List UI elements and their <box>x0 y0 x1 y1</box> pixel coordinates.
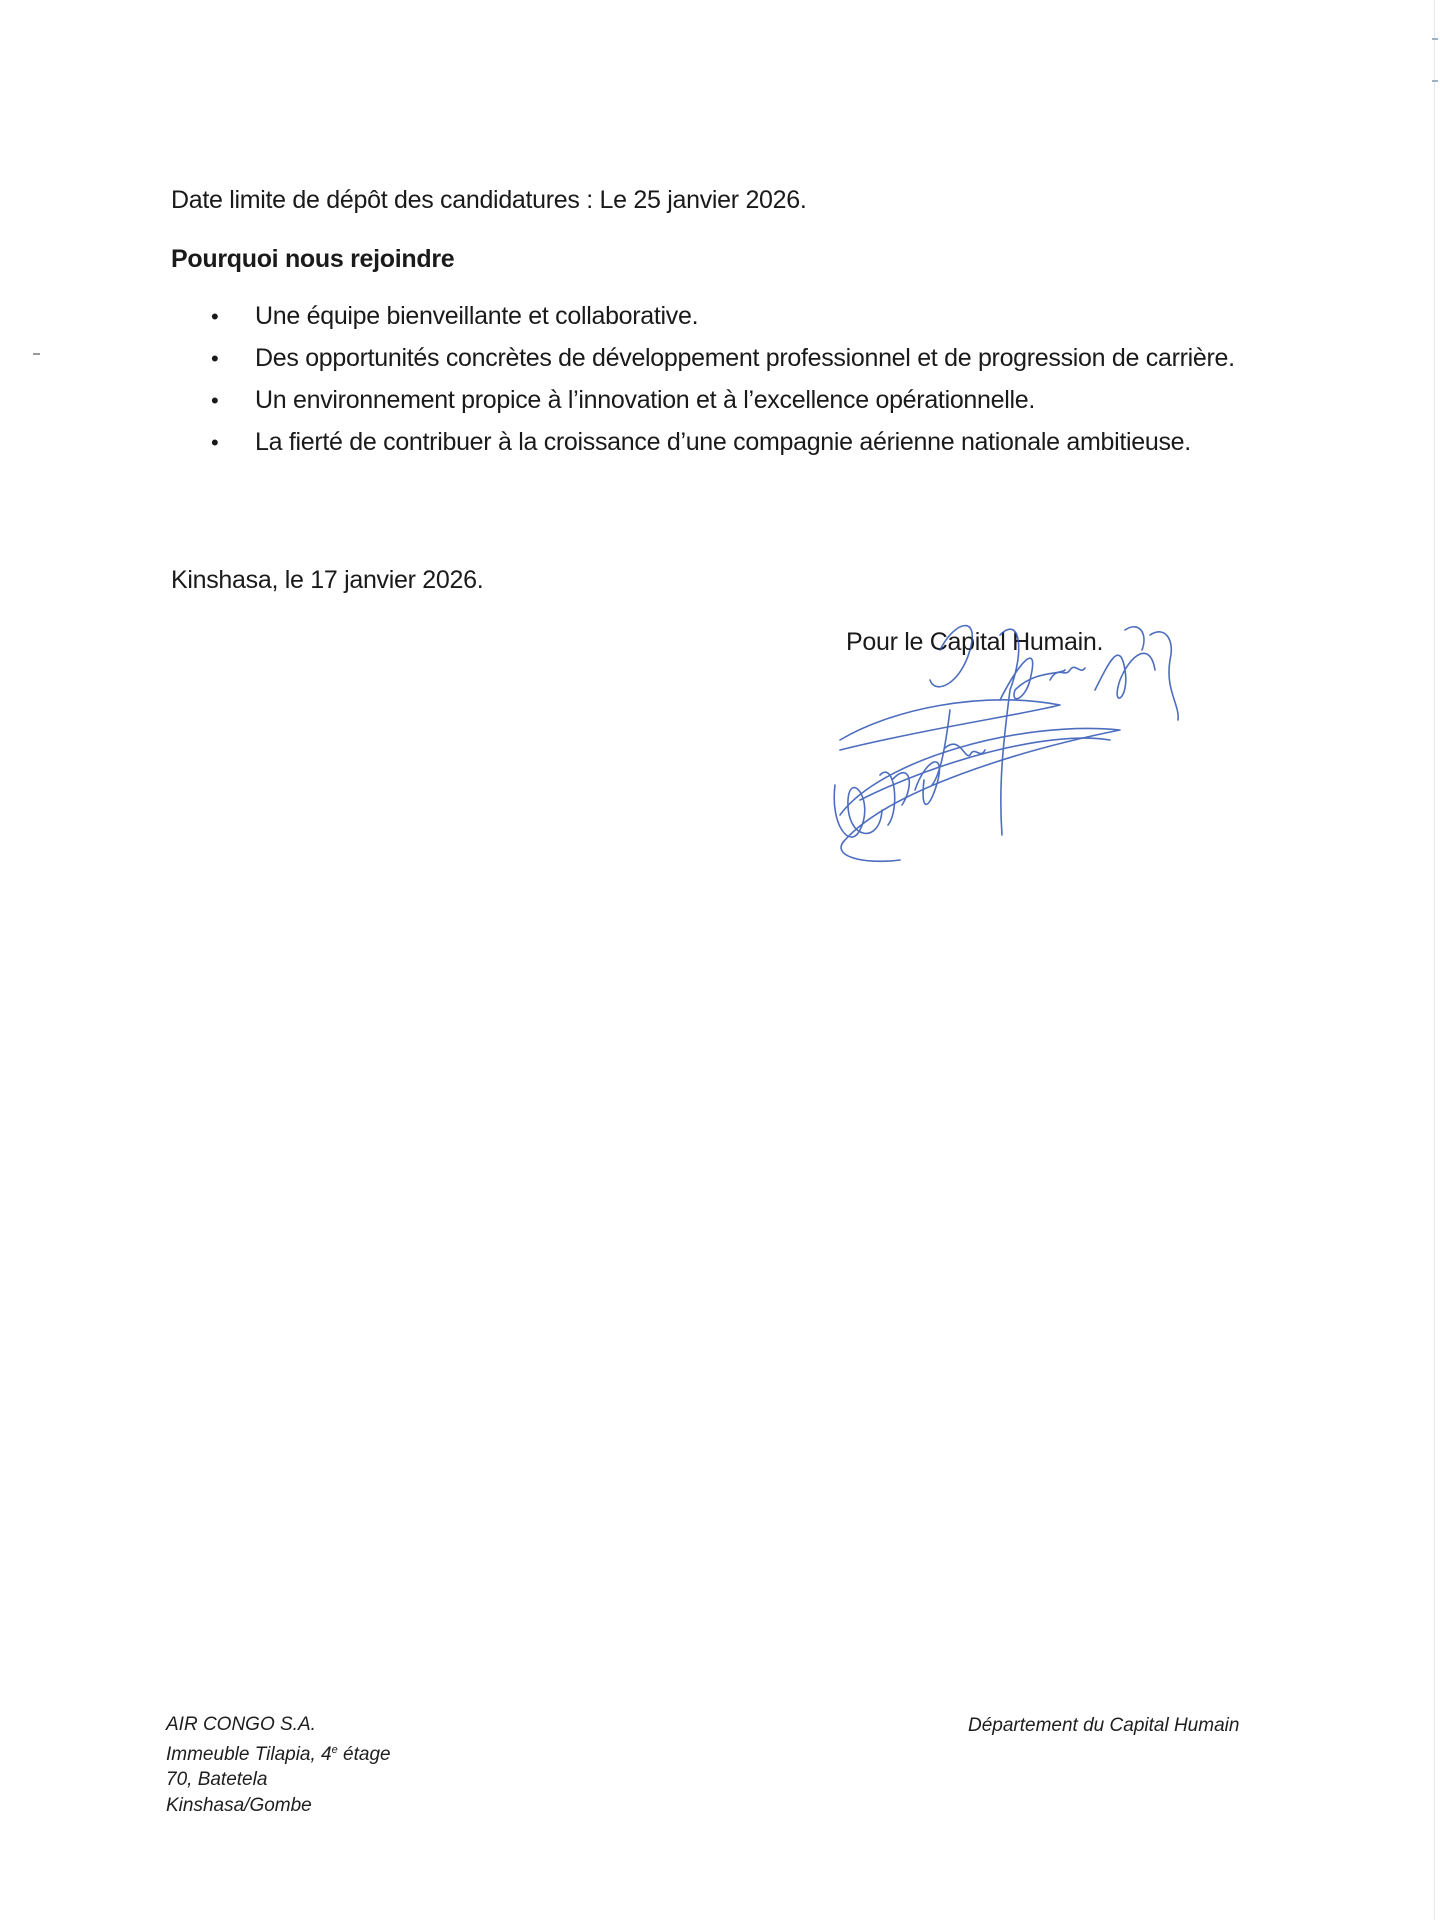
list-item-text: Des opportunités concrètes de développem… <box>255 344 1235 372</box>
handwritten-signature-icon <box>820 610 1220 870</box>
list-item-text: Une équipe bienveillante et collaborativ… <box>255 302 698 330</box>
list-item-text: Un environnement propice à l’innovation … <box>255 386 1035 414</box>
scan-mark <box>33 353 40 355</box>
bullet-icon: • <box>211 381 218 420</box>
bullet-icon: • <box>211 297 218 336</box>
list-item-text: La fierté de contribuer à la croissance … <box>255 428 1191 456</box>
list-item: •La fierté de contribuer à la croissance… <box>200 423 1268 462</box>
list-item: •Un environnement propice à l’innovation… <box>200 381 1268 420</box>
department-name: Département du Capital Humain <box>968 1713 1239 1739</box>
edge-mark <box>1432 38 1438 40</box>
bullet-icon: • <box>211 423 218 462</box>
company-address-block: AIR CONGO S.A. Immeuble Tilapia, 4e étag… <box>166 1712 391 1818</box>
list-item: •Des opportunités concrètes de développe… <box>200 339 1268 378</box>
application-deadline: Date limite de dépôt des candidatures : … <box>171 180 807 220</box>
place-and-date: Kinshasa, le 17 janvier 2026. <box>171 560 483 600</box>
company-name: AIR CONGO S.A. <box>166 1712 391 1738</box>
page-edge-line <box>1434 0 1435 1920</box>
address-street: 70, Batetela <box>166 1767 391 1793</box>
benefits-list: •Une équipe bienveillante et collaborati… <box>200 297 1268 465</box>
address-city: Kinshasa/Gombe <box>166 1793 391 1819</box>
address-building: Immeuble Tilapia, 4e étage <box>166 1738 391 1768</box>
bullet-icon: • <box>211 339 218 378</box>
list-item: •Une équipe bienveillante et collaborati… <box>200 297 1268 336</box>
edge-mark <box>1432 80 1438 82</box>
section-heading: Pourquoi nous rejoindre <box>171 239 454 279</box>
